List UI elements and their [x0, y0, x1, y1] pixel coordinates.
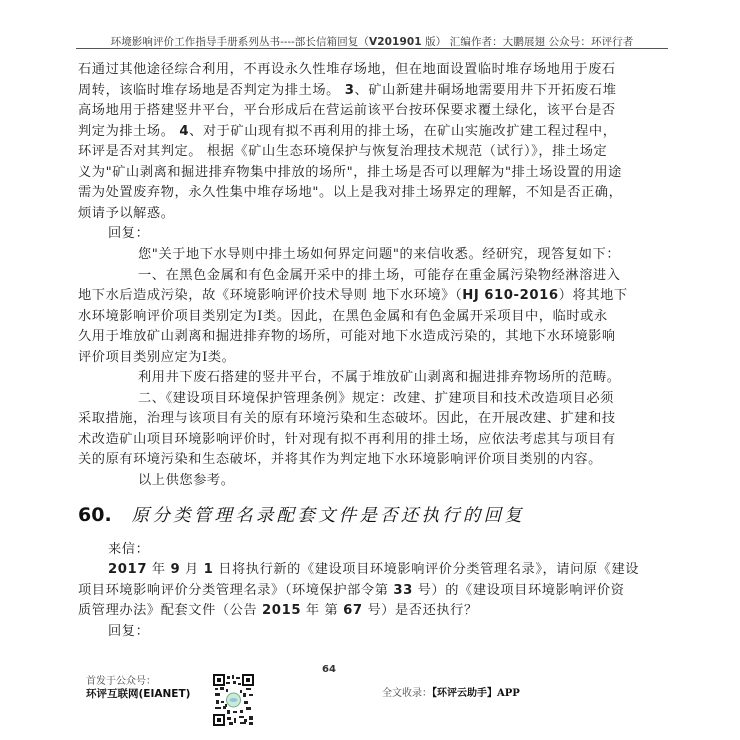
text-line: 高场地用于搭建竖井平台，平台形成后在营运前该平台按环保要求覆土绿化，该平台是否: [78, 101, 658, 121]
text-line: 需为处置废弃物，永久性集中堆存场地"。以上是我对排土场界定的理解，不知是否正确，: [78, 183, 658, 203]
text-line: 质管理办法》配套文件（公告 2015 年 第 67 号）是否还执行？: [78, 601, 658, 621]
running-header: 环境影响评价工作指导手册系列丛书----部长信箱回复（V201901 版） 汇编…: [76, 34, 668, 49]
collected-label: 全文收录：: [382, 688, 432, 699]
text-line: 水环境影响评价项目类别定为Ⅰ类。因此，在黑色金属和有色金属开采项目中，临时或永: [78, 307, 658, 327]
text-line: 项目环境影响评价分类管理名录》（环境保护部令第 33 号）的《建设项目环境影响评…: [78, 581, 658, 601]
header-divider: [76, 48, 668, 49]
header-version: V201901: [369, 36, 422, 48]
header-title-suffix: 版） 汇编作者：大鹏展翅 公众号：环评行者: [422, 36, 634, 48]
qr-code-icon: [213, 674, 254, 726]
text-line: 环评是否对其判定。 根据《矿山生态环境保护与恢复治理技术规范（试行）》，排土场定: [78, 142, 658, 162]
header-title-prefix: 环境影响评价工作指导手册系列丛书----部长信箱回复（: [111, 36, 369, 48]
collected-in-app: 全文收录：【环评云助手】APP: [382, 684, 520, 699]
first-published-label: 首发于公众号：: [86, 672, 156, 687]
publisher-brand: 环评互联网(EIANET): [86, 686, 190, 701]
text-line: 利用井下废石搭建的竖井平台，不属于堆放矿山剥离和掘进排弃物场所的范畴。: [78, 368, 718, 388]
text-line: 以上供您参考。: [78, 471, 718, 491]
app-name: 【环评云助手】APP: [432, 688, 520, 699]
text-line: 判定为排土场。 4、对于矿山现有拟不再利用的排土场，在矿山实施改扩建工程过程中，: [78, 122, 658, 142]
reply-label: 回复：: [78, 622, 688, 642]
text-line: 术改造矿山项目环境影响评价时，针对现有拟不再利用的排土场，应依法考虑其与项目有: [78, 430, 658, 450]
text-line: 石通过其他途径综合利用，不再设永久性堆存场地，但在地面设置临时堆存场地用于废石: [78, 60, 658, 80]
text-line: 采取措施，治理与该项目有关的原有环境污染和生态破坏。因此，在开展改建、扩建和技: [78, 409, 658, 429]
document-page: 环境影响评价工作指导手册系列丛书----部长信箱回复（V201901 版） 汇编…: [0, 0, 740, 740]
text-line: 评价项目类别应定为Ⅰ类。: [78, 348, 658, 368]
text-line: 二、《建设项目环境保护管理条例》规定：改建、扩建项目和技术改造项目必须: [78, 389, 718, 409]
letter-label: 来信：: [78, 540, 688, 560]
page-number: 64: [322, 664, 336, 675]
text-line: 一、在黑色金属和有色金属开采中的排土场，可能存在重金属污染物经淋溶进入: [78, 266, 718, 286]
text-line: 烦请予以解惑。: [78, 204, 658, 224]
text-line: 关的原有环境污染和生态破坏，并将其作为判定地下水环境影响评价项目类别的内容。: [78, 450, 658, 470]
section-title: 原分类管理名录配套文件是否还执行的回复: [132, 506, 525, 526]
text-line: 久用于堆放矿山剥离和掘进排弃物的场所，可能对地下水造成污染的，其地下水环境影响: [78, 327, 658, 347]
text-line: 回复：: [78, 224, 688, 244]
text-line: 地下水后造成污染，故《环境影响评价技术导则 地下水环境》（HJ 610-2016…: [78, 286, 658, 306]
section-heading: 60.原分类管理名录配套文件是否还执行的回复: [78, 502, 525, 527]
text-line: 周转，该临时堆存场地是否判定为排土场。 3、矿山新建井硐场地需要用井下开拓废石堆: [78, 81, 658, 101]
section-number: 60.: [78, 504, 112, 526]
text-line: 2017 年 9 月 1 日将执行新的《建设项目环境影响评价分类管理名录》，请问…: [78, 560, 688, 580]
text-line: 您"关于地下水导则中排土场如何界定问题"的来信收悉。经研究，现答复如下：: [78, 245, 718, 265]
text-line: 义为"矿山剥离和掘进排弃物集中排放的场所"，排土场是否可以理解为"排土场设置的用…: [78, 163, 658, 183]
